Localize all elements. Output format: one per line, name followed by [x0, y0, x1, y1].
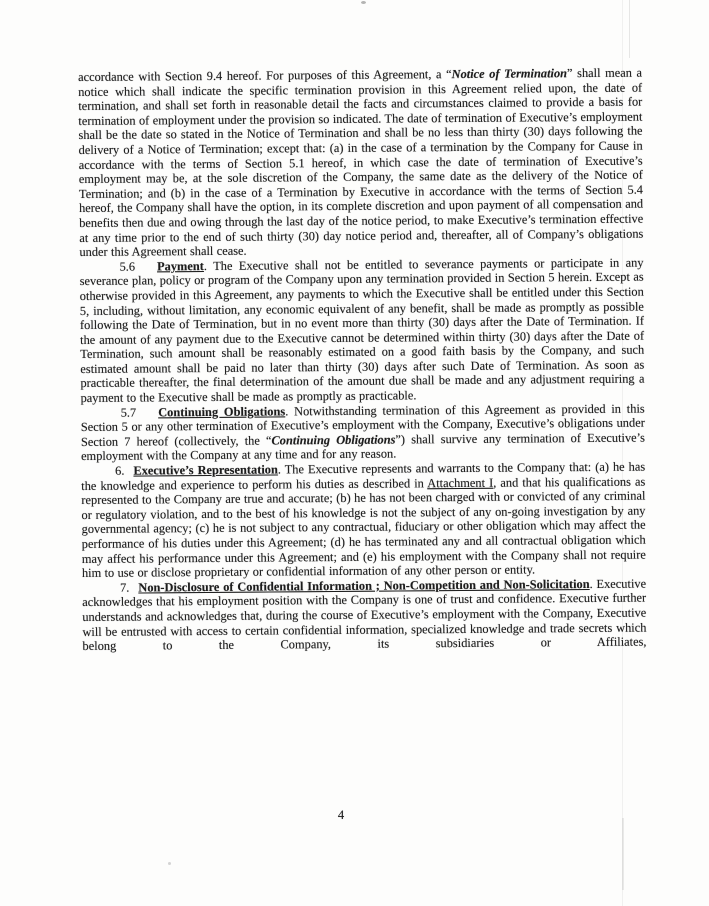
- paragraph-5-7-continuing-obligations: 5.7Continuing Obligations. Notwithstandi…: [81, 401, 645, 464]
- scan-edge-artifact-bottom: [622, 818, 624, 890]
- text-run: 5.6: [119, 259, 135, 273]
- scan-edge-artifact-top: [629, 0, 630, 58]
- section-heading: Executive’s Representation: [133, 462, 278, 477]
- text-run: 7.: [120, 580, 129, 594]
- text-run: 6.: [115, 464, 124, 478]
- text-run: . The Executive shall not be entitled to…: [80, 255, 645, 405]
- section-heading: Payment: [157, 259, 204, 273]
- scan-speck-bottom: [168, 862, 171, 865]
- underlined-reference: Attachment I: [427, 475, 493, 490]
- paragraph-5-6-payment: 5.6Payment. The Executive shall not be e…: [79, 255, 644, 405]
- text-run: ” shall mean a notice which shall indica…: [78, 66, 643, 260]
- document-content: accordance with Section 9.4 hereof. For …: [78, 66, 647, 654]
- defined-term: Continuing Obligations: [271, 432, 395, 447]
- page-number: 4: [0, 808, 682, 823]
- paragraph-notice-of-termination-continuation: accordance with Section 9.4 hereof. For …: [78, 66, 643, 260]
- scan-speck-top: [361, 1, 366, 4]
- section-heading: Continuing Obligations: [158, 404, 285, 419]
- defined-term: Notice of Termination: [452, 66, 568, 81]
- document-page: accordance with Section 9.4 hereof. For …: [0, 0, 709, 906]
- text-run: 5.7: [121, 405, 137, 419]
- paragraph-7-non-disclosure: 7.Non-Disclosure of Confidential Informa…: [82, 576, 647, 653]
- paragraph-6-executives-representation: 6.Executive’s Representation. The Execut…: [81, 460, 646, 581]
